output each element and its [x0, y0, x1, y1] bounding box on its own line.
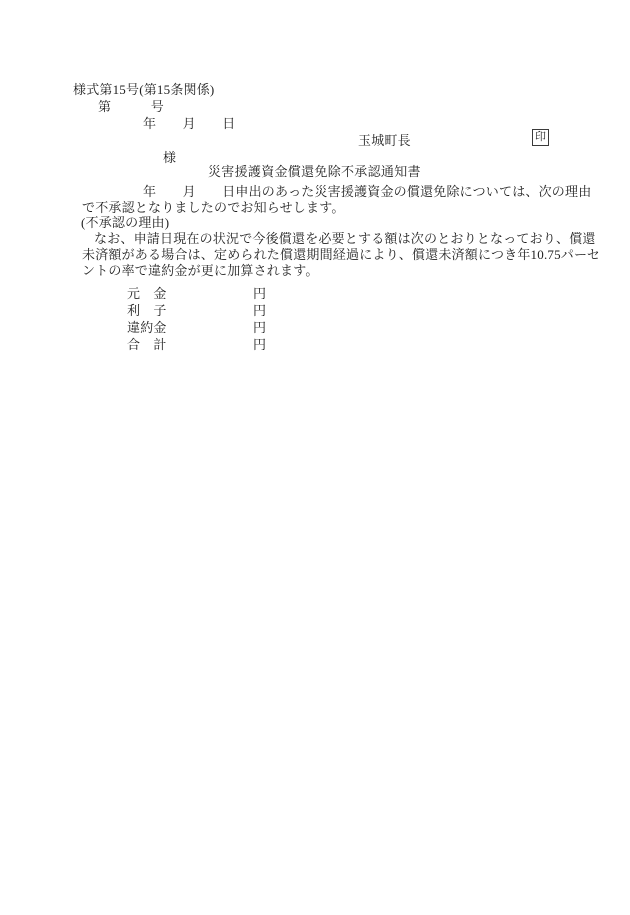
amount-unit-total: 円: [253, 337, 266, 353]
form-number: 様式第15号(第15条関係): [73, 82, 214, 98]
seal-label: 印: [535, 132, 546, 143]
reason-heading: (不承認の理由): [81, 215, 169, 231]
amount-row-penalty: 違約金 円: [0, 320, 630, 336]
date-line: 年 月 日: [143, 116, 235, 132]
body-line-2: で不承認となりましたのでお知らせします。: [82, 200, 345, 216]
note-line-3: ントの率で違約金が更に加算されます。: [82, 263, 319, 279]
amount-label-penalty: 違約金: [127, 320, 167, 336]
note-line-2: 未済額がある場合は、定められた償還期間経過により、償還未済額につき年10.75パ…: [82, 247, 600, 263]
body-line-1: 年 月 日申出のあった災害援護資金の償還免除については、次の理由: [143, 184, 591, 200]
document-title: 災害援護資金償還免除不承認通知書: [208, 164, 421, 180]
doc-number-line: 第 号: [98, 99, 164, 115]
amount-label-interest: 利 子: [127, 303, 167, 319]
addressee-suffix: 様: [163, 150, 176, 166]
amount-label-total: 合 計: [127, 337, 167, 353]
amount-row-total: 合 計 円: [0, 337, 630, 353]
amount-row-interest: 利 子 円: [0, 303, 630, 319]
amount-unit-principal: 円: [253, 286, 266, 302]
amount-row-principal: 元 金 円: [0, 286, 630, 302]
document-page: 様式第15号(第15条関係) 第 号 年 月 日 玉城町長 印 様 災害援護資金…: [0, 0, 630, 915]
amount-label-principal: 元 金: [127, 286, 167, 302]
amount-unit-interest: 円: [253, 303, 266, 319]
sender-name: 玉城町長: [358, 133, 411, 149]
amount-unit-penalty: 円: [253, 320, 266, 336]
seal-stamp-box: 印: [532, 129, 549, 146]
note-line-1: なお、申請日現在の状況で今後償還を必要とする額は次のとおりとなっており、償還: [94, 231, 596, 247]
